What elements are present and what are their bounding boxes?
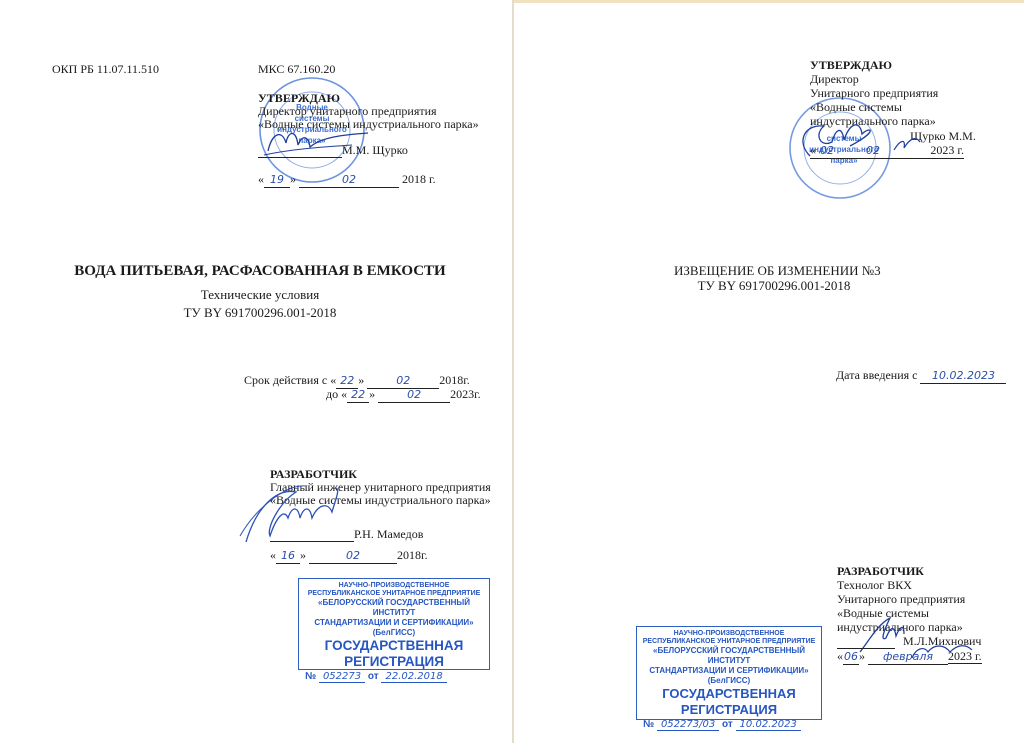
document-page-right: системы индустриального парка» УТВЕРЖДАЮ…	[512, 0, 1024, 743]
approval-heading: УТВЕРЖДАЮ	[810, 58, 892, 72]
state-registration-stamp: НАУЧНО-ПРОИЗВОДСТВЕННОЕ РЕСПУБЛИКАНСКОЕ …	[636, 626, 822, 720]
approval-signatory: Щурко М.М.	[910, 129, 976, 143]
approval-signatory: М.М. Щурко	[342, 143, 408, 157]
developer-signatory: Р.Н. Мамедов	[354, 527, 423, 541]
document-number: ТУ BY 691700296.001-2018	[674, 278, 874, 293]
state-registration-stamp: НАУЧНО-ПРОИЗВОДСТВЕННОЕ РЕСПУБЛИКАНСКОЕ …	[298, 578, 490, 670]
document-page-left: ОКП РБ 11.07.11.510 МКС 67.160.20 Водные…	[0, 0, 512, 743]
developer-organization-line2: «Водные системы	[837, 606, 929, 620]
okp-code: ОКП РБ 11.07.11.510	[52, 62, 159, 76]
developer-heading: РАЗРАБОТЧИК	[837, 564, 924, 578]
developer-organization: «Водные системы индустриального парка»	[270, 493, 491, 507]
approval-organization-line3: индустриального парка»	[810, 114, 936, 128]
approval-organization-line2: «Водные системы	[810, 100, 902, 114]
document-subtitle: Технические условия	[60, 287, 460, 302]
approval-signature-line: М.М. Щурко	[258, 143, 408, 158]
developer-signature-line: Р.Н. Мамедов	[270, 527, 423, 542]
document-title: ВОДА ПИТЬЕВАЯ, РАСФАСОВАННАЯ В ЕМКОСТИ	[60, 262, 460, 280]
developer-heading: РАЗРАБОТЧИК	[270, 467, 357, 481]
approval-organization-line1: Унитарного предприятия	[810, 86, 938, 100]
developer-position: Технолог ВКХ	[837, 578, 912, 592]
mks-code: МКС 67.160.20	[258, 62, 335, 76]
developer-date: «06» февраля2023 г.	[837, 649, 982, 665]
developer-date: «16» 022018г.	[270, 548, 428, 564]
developer-organization-line1: Унитарного предприятия	[837, 592, 965, 606]
document-number: ТУ BY 691700296.001-2018	[60, 305, 460, 320]
approval-position: Директор унитарного предприятия	[258, 104, 437, 118]
validity-to: до «22» 022023г.	[326, 387, 481, 403]
developer-organization-line3: индустриального парка»	[837, 620, 963, 634]
developer-signatory: М.Л.Михнович	[903, 634, 981, 648]
approval-date: «02022023 г.	[810, 143, 964, 159]
change-notice-title: ИЗВЕЩЕНИЕ ОБ ИЗМЕНЕНИИ №3	[674, 263, 874, 278]
approval-position: Директор	[810, 72, 859, 86]
page-edge	[514, 0, 1024, 3]
developer-signature-line: М.Л.Михнович	[837, 634, 981, 649]
approval-heading: УТВЕРЖДАЮ	[258, 91, 340, 105]
approval-organization: «Водные системы индустриального парка»	[258, 117, 479, 131]
approval-date: «19» 02 2018 г.	[258, 172, 436, 188]
developer-position: Главный инженер унитарного предприятия	[270, 480, 491, 494]
svg-text:системы: системы	[827, 134, 862, 143]
effective-date: Дата введения с 10.02.2023	[836, 368, 1006, 384]
